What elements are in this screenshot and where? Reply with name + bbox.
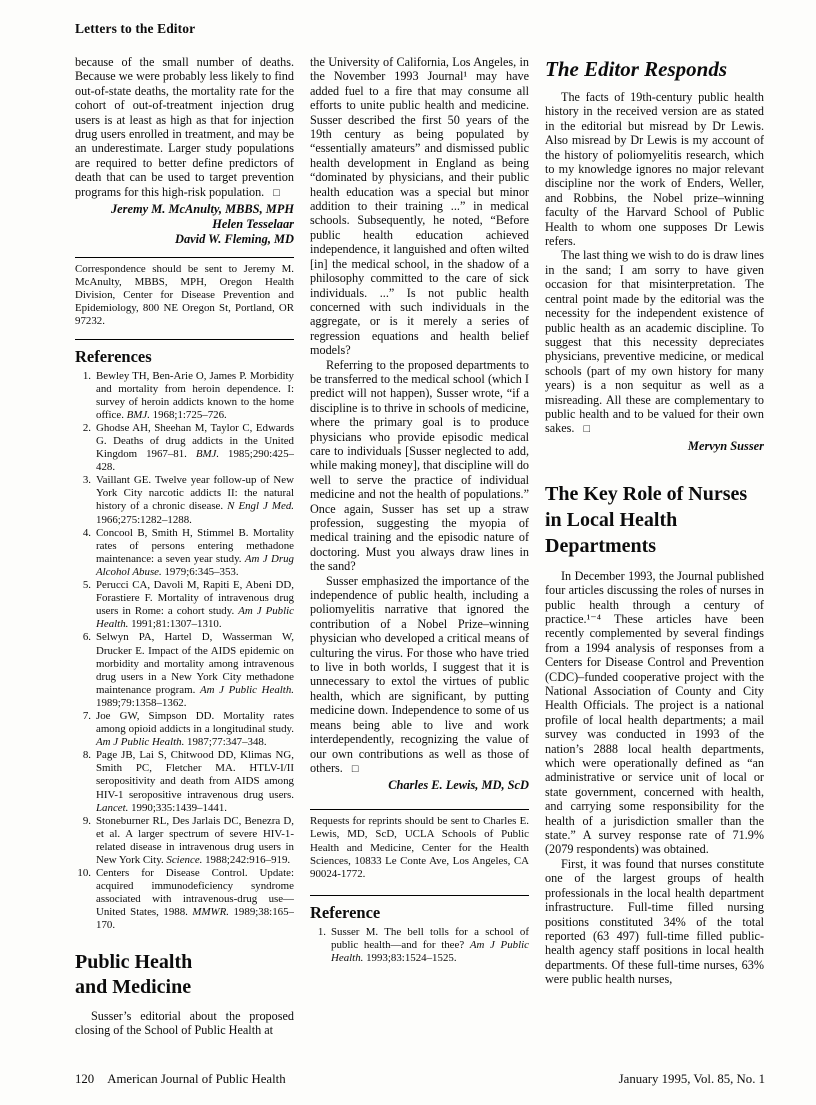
reference-number: 9. <box>75 815 91 828</box>
reference-number: 6. <box>75 631 91 644</box>
reference-citation: 1987;77:347–348. <box>184 736 266 748</box>
column-1: because of the small number of deaths. B… <box>75 55 294 1067</box>
letter-text: Susser emphasized the importance of the … <box>310 574 529 775</box>
signature-line: Jeremy M. McAnulty, MBBS, MPH <box>75 202 294 217</box>
letter-paragraph: Referring to the proposed departments to… <box>310 358 529 574</box>
correspondence-note: Correspondence should be sent to Jeremy … <box>75 263 294 328</box>
signature-line: Charles E. Lewis, MD, ScD <box>310 778 529 793</box>
response-text: The last thing we wish to do is draw lin… <box>545 248 764 435</box>
reference-citation: 1968;1:725–726. <box>150 409 227 421</box>
letter-title-line: Public Health <box>75 951 192 973</box>
response-paragraph: The facts of 19th-century public health … <box>545 90 764 248</box>
reference-number: 2. <box>75 422 91 435</box>
reference-item: 3.Vaillant GE. Twelve year follow-up of … <box>75 474 294 526</box>
reference-item: 1.Susser M. The bell tolls for a school … <box>310 926 529 965</box>
reference-heading: Reference <box>310 903 529 923</box>
journal-name: Lancet. <box>96 802 128 814</box>
reference-citation: 1991;81:1307–1310. <box>128 618 221 630</box>
letter-title-line: Departments <box>545 535 656 557</box>
issue-info: January 1995, Vol. 85, No. 1 <box>619 1072 765 1087</box>
page-columns: because of the small number of deaths. B… <box>75 55 765 1067</box>
reference-item: 8.Page JB, Lai S, Chitwood DD, Klimas NG… <box>75 749 294 814</box>
letter-signatures: Charles E. Lewis, MD, ScD <box>310 778 529 793</box>
end-of-letter-mark: □ <box>273 187 280 199</box>
reference-item: 7.Joe GW, Simpson DD. Mortality rates am… <box>75 710 294 749</box>
reference-number: 1. <box>75 370 91 383</box>
reference-number: 5. <box>75 579 91 592</box>
letter-paragraph: In December 1993, the Journal published … <box>545 569 764 857</box>
journal-name: Am J Public Health. <box>96 736 184 748</box>
letter-title: Public Healthand Medicine <box>75 950 294 1000</box>
reference-citation: 1988;242:916–919. <box>202 854 290 866</box>
running-head: Letters to the Editor <box>75 21 195 37</box>
reference-item: 4.Concool B, Smith H, Stimmel B. Mortali… <box>75 527 294 579</box>
reference-number: 1. <box>310 926 326 939</box>
reference-citation: 1979;6:345–353. <box>162 566 239 578</box>
letter-continuation-paragraph: because of the small number of deaths. B… <box>75 55 294 200</box>
references-heading: References <box>75 347 294 367</box>
signature-line: Mervyn Susser <box>545 439 764 454</box>
divider-rule <box>75 339 294 340</box>
reference-citation: 1993;83:1524–1525. <box>363 952 456 964</box>
journal-name: Science. <box>166 854 202 866</box>
editor-responds-heading: The Editor Responds <box>545 57 764 82</box>
journal-page: Letters to the Editor because of the sma… <box>0 0 816 1105</box>
reference-list: 1.Susser M. The bell tolls for a school … <box>310 926 529 965</box>
letter-title-line: in Local Health <box>545 509 677 531</box>
divider-rule <box>310 895 529 896</box>
page-footer: 120American Journal of Public Health Jan… <box>75 1072 765 1087</box>
column-2: the University of California, Los Angele… <box>310 55 529 1067</box>
end-of-letter-mark: □ <box>583 423 590 435</box>
page-number: 120 <box>75 1072 94 1087</box>
response-paragraph: The last thing we wish to do is draw lin… <box>545 248 764 436</box>
reference-citation: 1989;79:1358–1362. <box>96 697 186 709</box>
letter-paragraph: First, it was found that nurses constitu… <box>545 857 764 987</box>
reference-citation: 1966;275:1282–1288. <box>96 514 192 526</box>
references-list: 1.Bewley TH, Ben-Arie O, James P. Morbid… <box>75 370 294 933</box>
reprints-note: Requests for reprints should be sent to … <box>310 815 529 880</box>
signature-line: Helen Tesselaar <box>75 217 294 232</box>
signature-line: David W. Fleming, MD <box>75 232 294 247</box>
column-3: The Editor Responds The facts of 19th-ce… <box>545 55 764 1067</box>
reference-item: 10.Centers for Disease Control. Update: … <box>75 867 294 932</box>
reference-item: 1.Bewley TH, Ben-Arie O, James P. Morbid… <box>75 370 294 422</box>
letter-paragraph: the University of California, Los Angele… <box>310 55 529 358</box>
journal-name: BMJ. <box>127 409 150 421</box>
journal-name: Am J Public Health. <box>200 684 294 696</box>
footer-left: 120American Journal of Public Health <box>75 1072 286 1087</box>
reference-item: 2.Ghodse AH, Sheehan M, Taylor C, Edward… <box>75 422 294 474</box>
divider-rule <box>75 257 294 258</box>
letter-text: because of the small number of deaths. B… <box>75 55 294 199</box>
journal-name: MMWR. <box>192 906 229 918</box>
divider-rule <box>310 809 529 810</box>
reference-number: 8. <box>75 749 91 762</box>
reference-number: 3. <box>75 474 91 487</box>
journal-name: N Engl J Med. <box>227 500 294 512</box>
journal-name: American Journal of Public Health <box>107 1072 285 1087</box>
reference-text: Joe GW, Simpson DD. Mortality rates amon… <box>96 710 294 735</box>
letter-title-line: and Medicine <box>75 976 191 998</box>
response-signature: Mervyn Susser <box>545 439 764 454</box>
letter-opening-paragraph: Susser’s editorial about the proposed cl… <box>75 1009 294 1038</box>
end-of-letter-mark: □ <box>352 763 359 775</box>
letter-title-line: The Key Role of Nurses <box>545 483 747 505</box>
reference-number: 7. <box>75 710 91 723</box>
reference-item: 9.Stoneburner RL, Des Jarlais DC, Benezr… <box>75 815 294 867</box>
reference-item: 5.Perucci CA, Davoli M, Rapiti E, Abeni … <box>75 579 294 631</box>
reference-item: 6.Selwyn PA, Hartel D, Wasserman W, Druc… <box>75 631 294 710</box>
letter-paragraph: Susser emphasized the importance of the … <box>310 574 529 777</box>
reference-citation: 1990;335:1439–1441. <box>128 802 227 814</box>
reference-number: 4. <box>75 527 91 540</box>
reference-number: 10. <box>75 867 91 880</box>
letter-signatures: Jeremy M. McAnulty, MBBS, MPH Helen Tess… <box>75 202 294 247</box>
journal-name: BMJ. <box>196 448 219 460</box>
reference-text: Page JB, Lai S, Chitwood DD, Klimas NG, … <box>96 749 294 800</box>
nurses-letter-title: The Key Role of Nursesin Local HealthDep… <box>545 481 764 559</box>
